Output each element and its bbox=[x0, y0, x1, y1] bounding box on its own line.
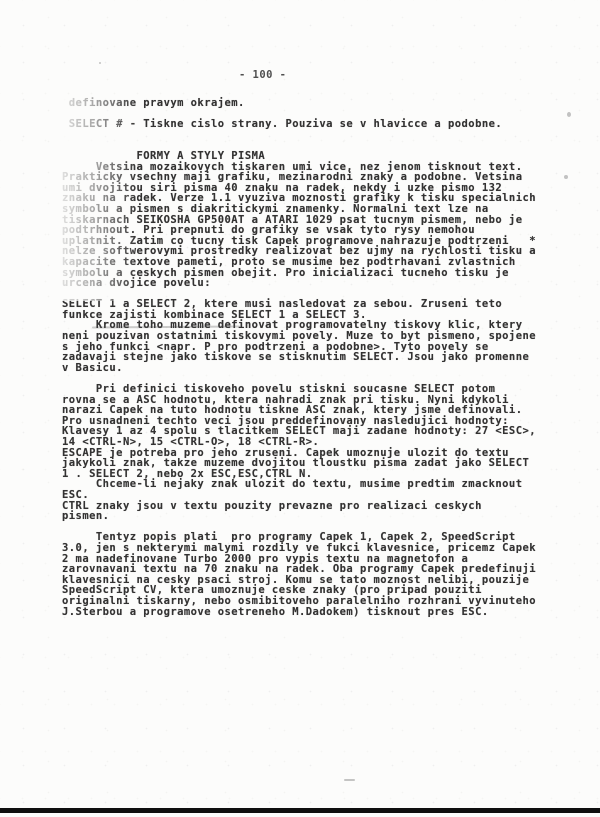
text-line: SELECT # - Tiskne cislo strany. Pouziva … bbox=[62, 119, 562, 130]
text-line: 14 <CTRL-N>, 15 <CTRL-O>, 18 <CTRL-R>. bbox=[62, 437, 562, 448]
text-line: J.Sterbou a programove osetreneho M.Dado… bbox=[62, 607, 562, 618]
text-line: originalni tiskarny, nebo osmibitoveho p… bbox=[62, 596, 562, 607]
text-line: CTRL znaky jsou v textu pouzity prevazne… bbox=[62, 501, 562, 512]
text-line: v Basicu. bbox=[62, 363, 562, 374]
scan-speck bbox=[567, 112, 571, 117]
scan-edge-bar bbox=[0, 808, 600, 813]
text-line: symbolu a pismen s diakritickymi znamenk… bbox=[62, 204, 562, 215]
text-line: kapacite textove pameti, proto se musime… bbox=[62, 257, 562, 268]
text-line: ESC. bbox=[62, 490, 562, 501]
scanned-document-page: - 100 - definovane pravym okrajem. SELEC… bbox=[0, 0, 600, 817]
text-line bbox=[62, 130, 562, 141]
text-line: pismen. bbox=[62, 511, 562, 522]
document-text: definovane pravym okrajem. SELECT # - Ti… bbox=[62, 98, 562, 617]
scan-speck bbox=[99, 62, 101, 64]
text-line: 3.0, jen s nekterymi malymi rozdily ve f… bbox=[62, 543, 562, 554]
text-line: definovane pravym okrajem. bbox=[62, 98, 562, 109]
text-line: zadavaji stejne jako tiskove se stisknut… bbox=[62, 352, 562, 363]
scan-speck bbox=[344, 779, 355, 781]
section-heading: FORMY A STYLY PISMA bbox=[62, 151, 562, 162]
text-line: urcena dvojice povelu: bbox=[62, 278, 562, 289]
page-number: - 100 - bbox=[239, 70, 286, 81]
text-line: Chceme-li nejaky znak ulozit do textu, m… bbox=[62, 479, 562, 490]
scan-speck bbox=[564, 175, 568, 179]
